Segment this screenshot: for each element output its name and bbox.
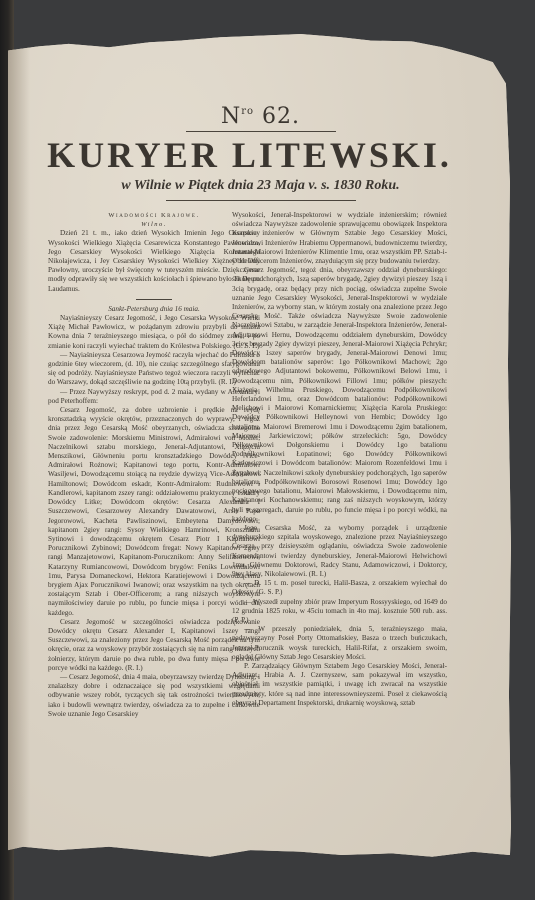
article-paragraph: Wysokości, Jenerał-Inspektorowi w wydzia…: [232, 211, 447, 266]
left-column: Wiadomości Krajowe. Wilno. Dzień 21 t. m…: [48, 211, 260, 719]
article-separator: [136, 299, 172, 300]
article-paragraph: Cesarz Jegomość w szczególności oświadcz…: [48, 618, 260, 673]
masthead-rule-long: [166, 200, 356, 201]
newspaper-title: KURYER LITEWSKI.: [0, 136, 513, 174]
article-paragraph: Cesarz Jegomość, za dobre uzbroienie i p…: [48, 406, 260, 618]
issue-value: 62.: [262, 104, 300, 129]
issue-superscript: ro: [241, 106, 254, 117]
article-paragraph: P. Zarządzaiący Głównym Sztabem Jego Ces…: [232, 662, 447, 708]
masthead-rule-short: [186, 131, 336, 132]
place-heading: Wilno.: [48, 220, 260, 229]
section-heading: Wiadomości Krajowe.: [48, 211, 260, 220]
issue-prefix: N: [221, 104, 241, 129]
article-paragraph: Jego Cesarska Mość, za wyborny porządek …: [232, 524, 447, 579]
right-column: Wysokości, Jenerał-Inspektorowi w wydzia…: [232, 211, 447, 708]
masthead: Nro 62. KURYER LITEWSKI. w Wilnie w Piąt…: [8, 104, 513, 201]
article-paragraph: Dzień 21 t. m., iako dzień Wysokich Imie…: [48, 229, 260, 293]
article-paragraph: Nayiaśnieyszy Cesarz Jegomość, i Jego Ce…: [48, 314, 260, 351]
article-paragraph: — Wyszedł zupełny zbiór praw Imperyum Ro…: [232, 598, 447, 626]
article-paragraph: — Nayiaśnieysza Cesarzowa Jeymość raczył…: [48, 351, 260, 388]
newspaper-page: Nro 62. KURYER LITEWSKI. w Wilnie w Piąt…: [8, 34, 513, 860]
article-paragraph: — D. 15 t. m. poseł turecki, Halil-Basza…: [232, 579, 447, 597]
article-paragraph: — Przez Naywyższy reskrypt, pod d. 2 mai…: [48, 388, 260, 406]
article-paragraph: — W przeszły poniedziałek, dnia 5, teraź…: [232, 625, 447, 662]
issue-dateline: w Wilnie w Piątek dnia 23 Maja v. s. 183…: [8, 178, 513, 194]
dateline-heading: Sankt-Petersburg dnia 16 maia.: [48, 305, 260, 314]
issue-number: Nro 62.: [8, 104, 513, 129]
article-paragraph: Cesarz Jegomość, tegoż dnia, obeyrzawszy…: [232, 266, 447, 524]
article-paragraph: — Cesarz Jegomość, dnia 4 maia, obeyrzaw…: [48, 673, 260, 719]
